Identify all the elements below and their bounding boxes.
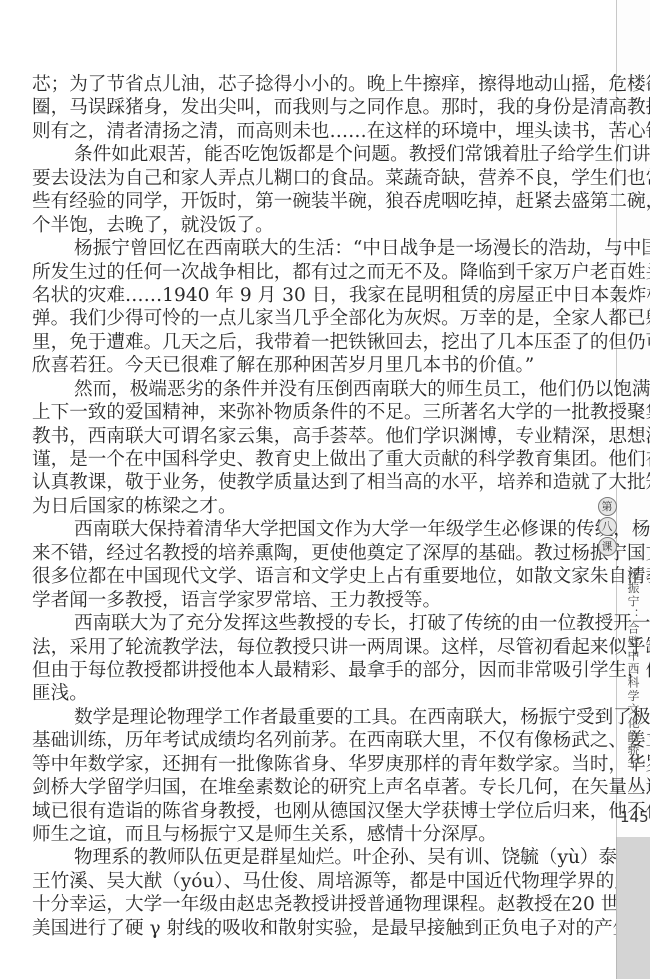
text-line: 匪浅。 [32, 682, 584, 705]
text-line: 条件如此艰苦，能否吃饱饭都是个问题。教授们常饿着肚子给学生们讲课，下课了还 [32, 143, 584, 166]
text-line: 学者闻一多教授，语言学家罗常培、王力教授等。 [32, 589, 584, 612]
text-line: 数学是理论物理学工作者最重要的工具。在西南联大，杨振宁受到了极为严格的数学 [32, 706, 584, 729]
body-text: 芯；为了节省点儿油，芯子捻得小小的。晚上牛擦痒，擦得地动山摇，危楼欲倒；猪马同圈… [32, 73, 584, 940]
paragraph: 西南联大保持着清华大学把国文作为大学一年级学生必修课的传统，杨振宁的国文本来不错… [32, 518, 584, 612]
paragraph: 物理系的教师队伍更是群星灿烂。叶企孙、吴有训、饶毓（yù）泰、赵忠尧、任之恭、王… [32, 846, 584, 940]
paragraph: 条件如此艰苦，能否吃饱饭都是个问题。教授们常饿着肚子给学生们讲课，下课了还要去设… [32, 143, 584, 237]
text-line: 些有经验的同学，开饭时，第一碗装半碗，狼吞虎咽吃掉，赶紧去盛第二碗，才能勉强吃 [32, 190, 584, 213]
text-line: 基础训练，历年考试成绩均名列前茅。在西南联大里，不仅有像杨武之、姜立夫、江泽涵 [32, 729, 584, 752]
text-line: 然而，极端恶劣的条件并没有压倒西南联大的师生员工，他们仍以饱满的学习热情和 [32, 378, 584, 401]
text-line: 为日后国家的栋梁之才。 [32, 495, 584, 518]
text-line: 域已很有造诣的陈省身教授，也刚从德国汉堡大学获博士学位后归来，他不仅与杨武之有 [32, 800, 584, 823]
text-line: 但由于每位教授都讲授他本人最精彩、最拿手的部分，因而非常吸引学生，使学生受益 [32, 659, 584, 682]
text-line: 很多位都在中国现代文学、语言和文学史上占有重要地位，如散文家朱自清教授，诗人、 [32, 565, 584, 588]
text-line: 美国进行了硬 γ 射线的吸收和散射实验，是最早接触到正负电子对的产生和湮没过程的… [32, 917, 584, 940]
text-line: 等中年数学家，还拥有一批像陈省身、华罗庚那样的青年数学家。当时，华罗庚刚从英国 [32, 753, 584, 776]
text-line: 谨，是一个在中国科学史、教育史上做出了重大贡献的科学教育集团。他们在艰难竭蹶中 [32, 448, 584, 471]
text-line: 物理系的教师队伍更是群星灿烂。叶企孙、吴有训、饶毓（yù）泰、赵忠尧、任之恭、 [32, 846, 584, 869]
textbook-page: 芯；为了节省点儿油，芯子捻得小小的。晚上牛擦痒，擦得地动山摇，危楼欲倒；猪马同圈… [0, 0, 650, 979]
text-line: 十分幸运，大学一年级由赵忠尧教授讲授普通物理课程。赵教授在20 世纪 20 年代… [32, 893, 584, 916]
text-line: 里，免于遭难。几天之后，我带着一把铁锹回去，挖出了几本压歪了的但仍可用的书本， [32, 331, 584, 354]
chapter-title: 杨振宁：合璧中西科学文化的骄子 [624, 568, 640, 771]
paragraph: 数学是理论物理学工作者最重要的工具。在西南联大，杨振宁受到了极为严格的数学基础训… [32, 706, 584, 847]
text-line: 西南联大保持着清华大学把国文作为大学一年级学生必修课的传统，杨振宁的国文本 [32, 518, 584, 541]
lesson-badge: 第 八 课 [595, 497, 619, 556]
text-line: 芯；为了节省点儿油，芯子捻得小小的。晚上牛擦痒，擦得地动山摇，危楼欲倒；猪马同 [32, 73, 584, 96]
page-number: 145 [620, 808, 650, 826]
text-line: 个半饱，去晚了，就没饭了。 [32, 214, 584, 237]
lesson-badge-char: 第 [598, 497, 617, 516]
text-line: 圈，马误踩猪身，发出尖叫，而我则与之同作息。那时，我的身份是清高教授，呜呼！清 [32, 96, 584, 119]
text-line: 要去设法为自己和家人弄点儿糊口的食品。菜蔬奇缺，营养不良，学生们也常吃不饱，某 [32, 167, 584, 190]
paragraph: 芯；为了节省点儿油，芯子捻得小小的。晚上牛擦痒，擦得地动山摇，危楼欲倒；猪马同圈… [32, 73, 584, 143]
text-line: 法，采用了轮流教学法，每位教授只讲一两周课。这样，尽管初看起来似乎缺少系统性， [32, 636, 584, 659]
text-line: 西南联大为了充分发挥这些教授的专长，打破了传统的由一位教授开一门课的教学 [32, 612, 584, 635]
lesson-badge-char: 八 [598, 517, 617, 536]
paragraph: 然而，极端恶劣的条件并没有压倒西南联大的师生员工，他们仍以饱满的学习热情和上下一… [32, 378, 584, 519]
text-line: 认真教课，敬于业务，使教学质量达到了相当高的水平，培养和造就了大批知识精英，成 [32, 471, 584, 494]
paragraph: 杨振宁曾回忆在西南联大的生活：“中日战争是一场漫长的浩劫，与中国悠久历史上所发生… [32, 237, 584, 378]
text-line: 师生之谊，而且与杨振宁又是师生关系，感情十分深厚。 [32, 823, 584, 846]
text-line: 教书，西南联大可谓名家云集，高手荟萃。他们学识渊博，专业精深，思想活跃，治学严 [32, 425, 584, 448]
paragraph: 西南联大为了充分发挥这些教授的专长，打破了传统的由一位教授开一门课的教学法，采用… [32, 612, 584, 706]
text-line: 上下一致的爱国精神，来弥补物质条件的不足。三所著名大学的一批教授聚集在一所学校 [32, 401, 584, 424]
text-line: 来不错，经过名教授的培养熏陶，更使他奠定了深厚的基础。教过杨振宁国文课的教授， [32, 542, 584, 565]
page-edge-tab [616, 837, 650, 979]
text-line: 王竹溪、吴大猷（yóu）、马仕俊、周培源等，都是中国近代物理学界的风云人物。杨振… [32, 870, 584, 893]
text-line: 名状的灾难……1940 年 9 月 30 日，我家在昆明租赁的房屋正中日本轰炸机… [32, 284, 584, 307]
text-line: 杨振宁曾回忆在西南联大的生活：“中日战争是一场漫长的浩劫，与中国悠久历史上 [32, 237, 584, 260]
text-line: 弹。我们少得可怜的一点儿家当几乎全部化为灰烬。万幸的是，全家人都已躲在防空洞 [32, 307, 584, 330]
text-line: 所发生过的任何一次战争相比，都有过之而无不及。降临到千家万户老百姓头上的是难以 [32, 261, 584, 284]
text-line: 剑桥大学留学归国，在堆垒素数论的研究上声名卓著。专长几何，在矢量丛连络论研究领 [32, 776, 584, 799]
lesson-badge-char: 课 [598, 537, 617, 556]
text-line: 欣喜若狂。今天已很难了解在那种困苦岁月里几本书的价值。” [32, 354, 584, 377]
text-line: 则有之，清者清扬之清，而高则未也……在这样的环境中，埋头读书，苦心钻研。” [32, 120, 584, 143]
